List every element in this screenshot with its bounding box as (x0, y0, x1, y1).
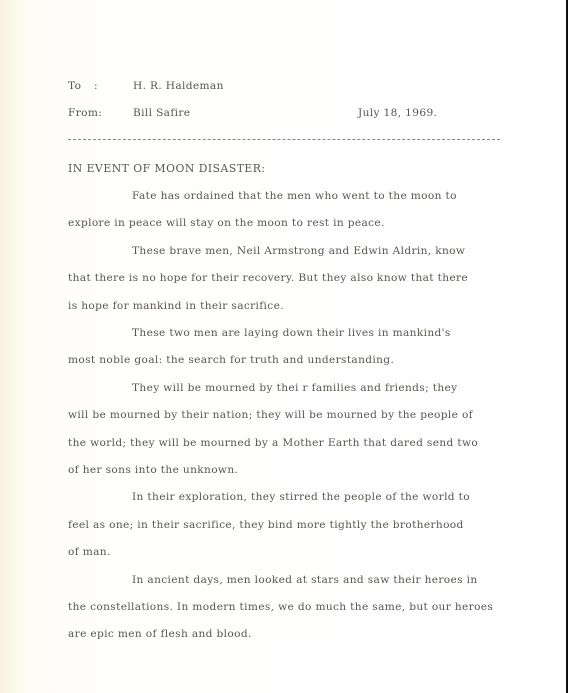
memo-line: that there is no hope for their recovery… (68, 272, 468, 284)
memo-subject: IN EVENT OF MOON DISASTER: (68, 162, 266, 175)
to-colon: : (94, 80, 98, 92)
memo-line: They will be mourned by thei r families … (132, 382, 457, 394)
to-recipient: H. R. Haldeman (133, 80, 224, 92)
dashed-divider (68, 139, 500, 150)
from-sender: Bill Safire (133, 107, 190, 119)
memo-line: are epic men of flesh and blood. (68, 628, 252, 640)
memo-line: of her sons into the unknown. (68, 464, 238, 476)
memo-line: feel as one; in their sacrifice, they bi… (68, 519, 464, 531)
memo-line: In their exploration, they stirred the p… (132, 491, 470, 503)
memo-page: To : H. R. Haldeman From: Bill Safire Ju… (0, 0, 568, 693)
memo-line: of man. (68, 546, 111, 558)
memo-line: the constellations. In modern times, we … (68, 601, 493, 613)
to-label: To (68, 80, 81, 92)
memo-line: In ancient days, men looked at stars and… (132, 574, 478, 586)
memo-line: Fate has ordained that the men who went … (132, 190, 457, 202)
memo-line: will be mourned by their nation; they wi… (68, 409, 473, 421)
memo-line: most noble goal: the search for truth an… (68, 354, 394, 366)
memo-line: These brave men, Neil Armstrong and Edwi… (132, 245, 465, 257)
memo-line: is hope for mankind in their sacrifice. (68, 300, 284, 312)
memo-date: July 18, 1969. (358, 107, 437, 119)
from-label: From: (68, 107, 102, 119)
memo-line: explore in peace will stay on the moon t… (68, 217, 385, 229)
memo-line: These two men are laying down their live… (132, 327, 451, 339)
memo-line: the world; they will be mourned by a Mot… (68, 437, 478, 449)
